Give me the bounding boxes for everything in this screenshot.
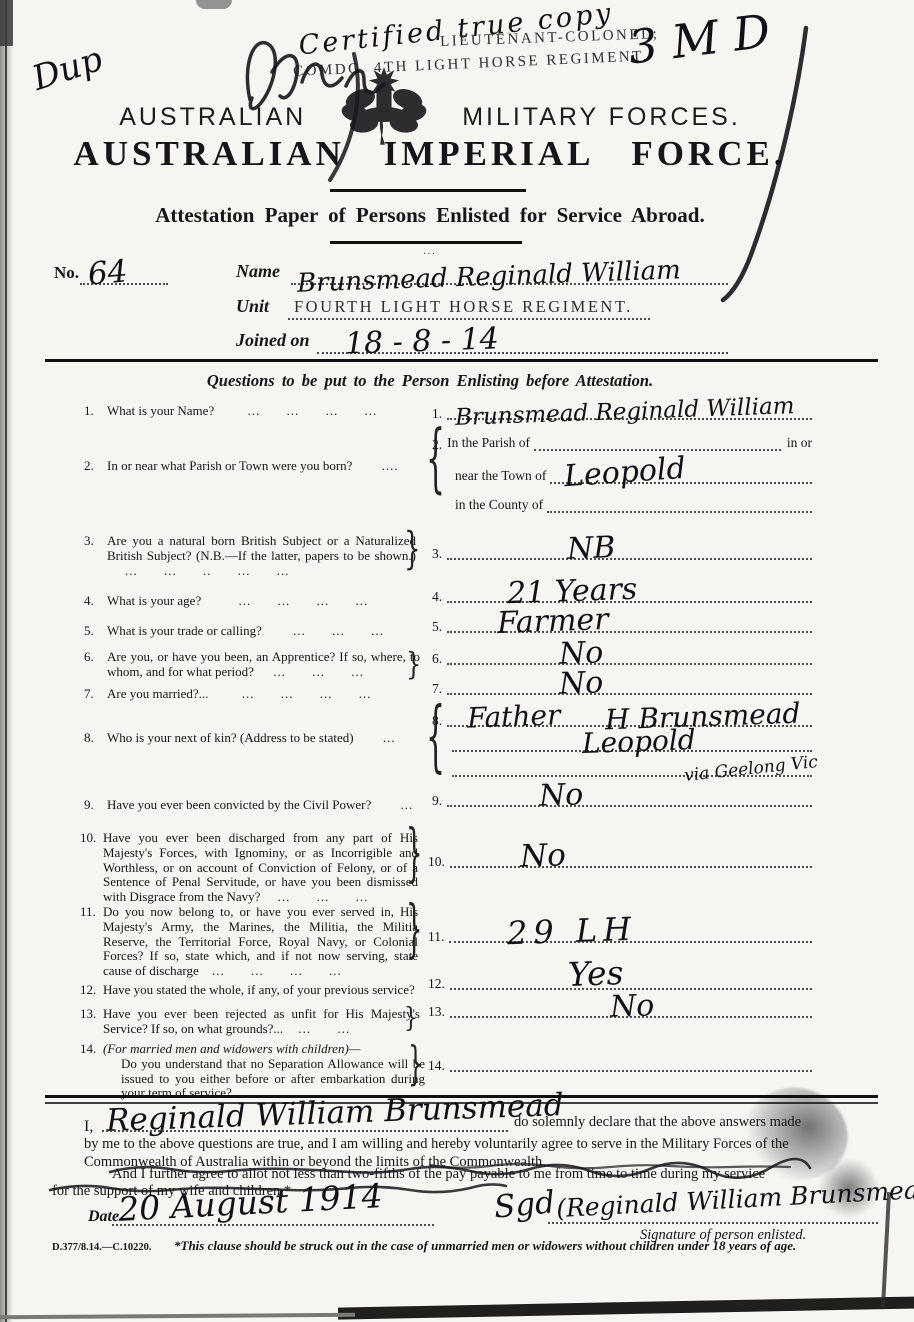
answer-number: 12. <box>428 977 450 991</box>
answer-number: 14. <box>428 1059 450 1073</box>
q14-brace: } <box>408 1041 423 1087</box>
declaration-name-line <box>102 1110 508 1132</box>
question-number: 4. <box>84 594 94 609</box>
service-no-value: 64 <box>87 256 129 290</box>
question-number: 14. <box>80 1042 96 1057</box>
question-text: Are you a natural born British Subject o… <box>107 533 416 563</box>
question-number: 6. <box>84 650 94 665</box>
answer-number: 13. <box>428 1005 450 1019</box>
answer-number: 6. <box>432 652 447 666</box>
page-subtitle: Attestation Paper of Persons Enlisted fo… <box>0 203 860 228</box>
question-10: 10. Have you ever been discharged from a… <box>80 831 418 905</box>
answer-4: 4. 21 Years <box>432 583 812 603</box>
title-underline <box>330 189 526 192</box>
answer-number: 10. <box>428 855 450 869</box>
form-code: D.377/8.14.—C.10220. <box>52 1242 151 1253</box>
question-text: Have you stated the whole, if any, of yo… <box>103 982 415 997</box>
answer-number: 8. <box>432 714 447 728</box>
answer-7-handwriting: No <box>559 668 604 700</box>
unit-label: Unit <box>236 296 269 317</box>
question-number: 1. <box>84 404 94 419</box>
service-no-label: No. <box>54 263 79 283</box>
leader-dots: ... ... ... ... <box>242 686 372 701</box>
question-4: 4. What is your age? ... ... ... ... <box>84 594 418 609</box>
question-13: 13. Have you ever been rejected as unfit… <box>80 1007 420 1037</box>
leader-dots: ... <box>401 797 414 812</box>
answer-8-line3: via Geelong Vic <box>452 757 812 777</box>
answer-7: 7. No <box>432 675 812 695</box>
declaration-line2: by me to the above questions are true, a… <box>84 1136 862 1153</box>
scan-top-blob <box>196 0 232 9</box>
answer-2-county: in the County of <box>455 493 812 513</box>
question-text: In or near what Parish or Town were you … <box>107 458 352 473</box>
leader-dots: ... ... ... ... <box>238 593 368 608</box>
question-number: 5. <box>84 624 94 639</box>
name-label: Name <box>236 261 280 282</box>
attestation-paper-scan: Dup Certified true copy LIEUTENANT-COLON… <box>0 0 914 1322</box>
town-handwriting: Leopold <box>564 454 688 492</box>
county-label: in the County of <box>455 497 547 513</box>
answer-number: 4. <box>432 590 447 604</box>
question-text: Have you ever been rejected as unfit for… <box>103 1006 420 1036</box>
question-text: What is your age? <box>107 593 201 608</box>
answer-9-handwriting: No <box>539 780 584 812</box>
q11-brace: } <box>406 900 423 962</box>
declaration-i: I, <box>84 1117 93 1136</box>
answer-5-handwriting: Farmer <box>497 605 610 639</box>
question-11: 11. Do you now belong to, or have you ev… <box>80 905 418 979</box>
question-6: 6. Are you, or have you been, an Apprent… <box>84 650 420 680</box>
question-intro: (For married men and widowers with child… <box>103 1041 360 1056</box>
question-number: 9. <box>84 798 94 813</box>
next-of-kin-address1: Leopold <box>582 726 697 758</box>
answer-number: 3. <box>432 547 447 561</box>
unit-line: FOURTH LIGHT HORSE REGIMENT. <box>288 294 650 320</box>
question-14: 14. (For married men and widowers with c… <box>80 1042 425 1101</box>
question-8: 8. Who is your next of kin? (Address to … <box>84 731 429 746</box>
leader-dots: ... ... .. ... ... <box>125 563 290 578</box>
subtitle-dots: ... <box>0 246 860 257</box>
q6-brace: } <box>406 648 421 679</box>
section-divider <box>45 359 878 362</box>
leader-dots: ... ... ... ... <box>212 963 342 978</box>
question-9: 9. Have you ever been convicted by the C… <box>84 798 424 813</box>
answer-11: 11. 29 LH <box>428 923 812 943</box>
answer-1-handwriting: Brunsmead Reginald William <box>455 395 795 430</box>
leader-dots: .... <box>382 458 399 473</box>
answer-number: 5. <box>432 620 447 634</box>
answer-13: 13. No <box>428 998 812 1018</box>
scan-bottom-left-edge <box>0 1313 355 1319</box>
answer-10-handwriting: No <box>519 840 566 873</box>
answer-12: 12. Yes <box>428 970 812 990</box>
answer-11-handwriting: 29 LH <box>507 913 638 950</box>
answer-3: 3. NB <box>432 540 812 560</box>
answer-number: 9. <box>432 794 447 808</box>
scan-left-line <box>5 0 7 1322</box>
date-line <box>112 1204 434 1226</box>
joined-on-value: 18 - 8 - 14 <box>345 324 500 359</box>
question-text: Have you ever been convicted by the Civi… <box>107 797 371 812</box>
answer-number: 11. <box>428 930 449 944</box>
question-2: 2. In or near what Parish or Town were y… <box>84 459 429 474</box>
question-1: 1. What is your Name? ... ... ... ... <box>84 404 418 419</box>
joined-on-line: 18 - 8 - 14 <box>317 328 728 354</box>
scan-right-edge <box>881 1192 891 1308</box>
question-7: 7. Are you married?... ... ... ... ... <box>84 687 420 702</box>
military-district-mark: 3 M D <box>626 7 773 70</box>
answer-number: 1. <box>432 407 447 421</box>
question-text: Who is your next of kin? (Address to be … <box>107 730 354 745</box>
town-label: near the Town of <box>455 468 550 484</box>
question-text: What is your trade or calling? <box>107 623 262 638</box>
in-or-label: in or <box>781 435 812 451</box>
q3-brace: } <box>404 528 421 572</box>
next-of-kin-address2: via Geelong Vic <box>683 754 818 785</box>
answer-1: 1. Brunsmead Reginald William <box>432 400 812 420</box>
unit-value: FOURTH LIGHT HORSE REGIMENT. <box>294 297 633 317</box>
answer-2-town: near the Town of Leopold <box>455 464 812 484</box>
question-number: 2. <box>84 459 94 474</box>
next-of-kin-relation: Father <box>467 701 561 732</box>
answer-12-handwriting: Yes <box>567 956 624 991</box>
question-number: 11. <box>80 905 96 920</box>
answer-14: 14. <box>428 1052 812 1072</box>
leader-dots: ... ... ... <box>273 664 364 679</box>
masthead-right-text: MILITARY FORCES. <box>462 103 741 132</box>
page-title: AUSTRALIAN IMPERIAL FORCE. <box>0 134 860 174</box>
answer-3-handwriting: NB <box>567 533 616 565</box>
sgd-handwriting: Sgd <box>493 1187 556 1223</box>
question-3: 3. Are you a natural born British Subjec… <box>84 534 416 578</box>
leader-dots: ... <box>383 730 396 745</box>
q13-brace: } <box>404 1005 418 1033</box>
question-text: Are you, or have you been, an Apprentice… <box>107 649 420 679</box>
question-12: 12. Have you stated the whole, if any, o… <box>80 983 450 998</box>
question-number: 7. <box>84 687 94 702</box>
allotment-clause-line1: And I further agree to allot not less th… <box>112 1166 862 1183</box>
name-value: Brunsmead Reginald William <box>297 257 682 296</box>
leader-dots: ... ... ... <box>278 889 369 904</box>
answer-13-handwriting: No <box>609 991 654 1023</box>
scan-bottom-edge <box>338 1296 914 1319</box>
name-line: Brunsmead Reginald William <box>291 259 728 285</box>
leader-dots: ... ... ... ... <box>247 403 377 418</box>
question-text: What is your Name? <box>107 403 214 418</box>
q10-brace: } <box>406 824 423 886</box>
answer-8-line1: 8. Father H Brunsmead <box>432 707 812 727</box>
footnote: *This clause should be struck out in the… <box>174 1238 864 1254</box>
answer-8-line2: Leopold <box>452 732 812 752</box>
signature-line <box>548 1202 878 1224</box>
subtitle-underline <box>330 241 522 244</box>
question-text: Have you ever been discharged from any p… <box>103 830 418 904</box>
scan-corner-mark <box>0 0 13 46</box>
question-number: 3. <box>84 534 94 549</box>
leader-dots: ... ... ... <box>293 623 384 638</box>
answer-6: 6. No <box>432 645 812 665</box>
answer-5: 5. Farmer <box>432 613 812 633</box>
questions-heading: Questions to be put to the Person Enlist… <box>0 371 860 391</box>
leader-dots: ... ... <box>298 1021 350 1036</box>
answer-9: 9. No <box>432 787 812 807</box>
question-number: 10. <box>80 831 96 846</box>
masthead-left-text: AUSTRALIAN <box>119 103 306 132</box>
service-no-line: 64 <box>80 261 168 285</box>
question-number: 8. <box>84 731 94 746</box>
answer-number: 7. <box>432 682 447 696</box>
declaration-line1: do solemnly declare that the above answe… <box>514 1114 862 1131</box>
question-text: Are you married?... <box>107 686 208 701</box>
question-number: 13. <box>80 1007 96 1022</box>
parish-label: In the Parish of <box>447 435 534 451</box>
answer-2-parish: 2. In the Parish of in or <box>432 431 812 451</box>
answer-number: 2. <box>432 438 447 452</box>
answer-10: 10. No <box>428 848 812 868</box>
question-5: 5. What is your trade or calling? ... ..… <box>84 624 418 639</box>
question-number: 12. <box>80 983 96 998</box>
joined-on-label: Joined on <box>236 330 310 351</box>
